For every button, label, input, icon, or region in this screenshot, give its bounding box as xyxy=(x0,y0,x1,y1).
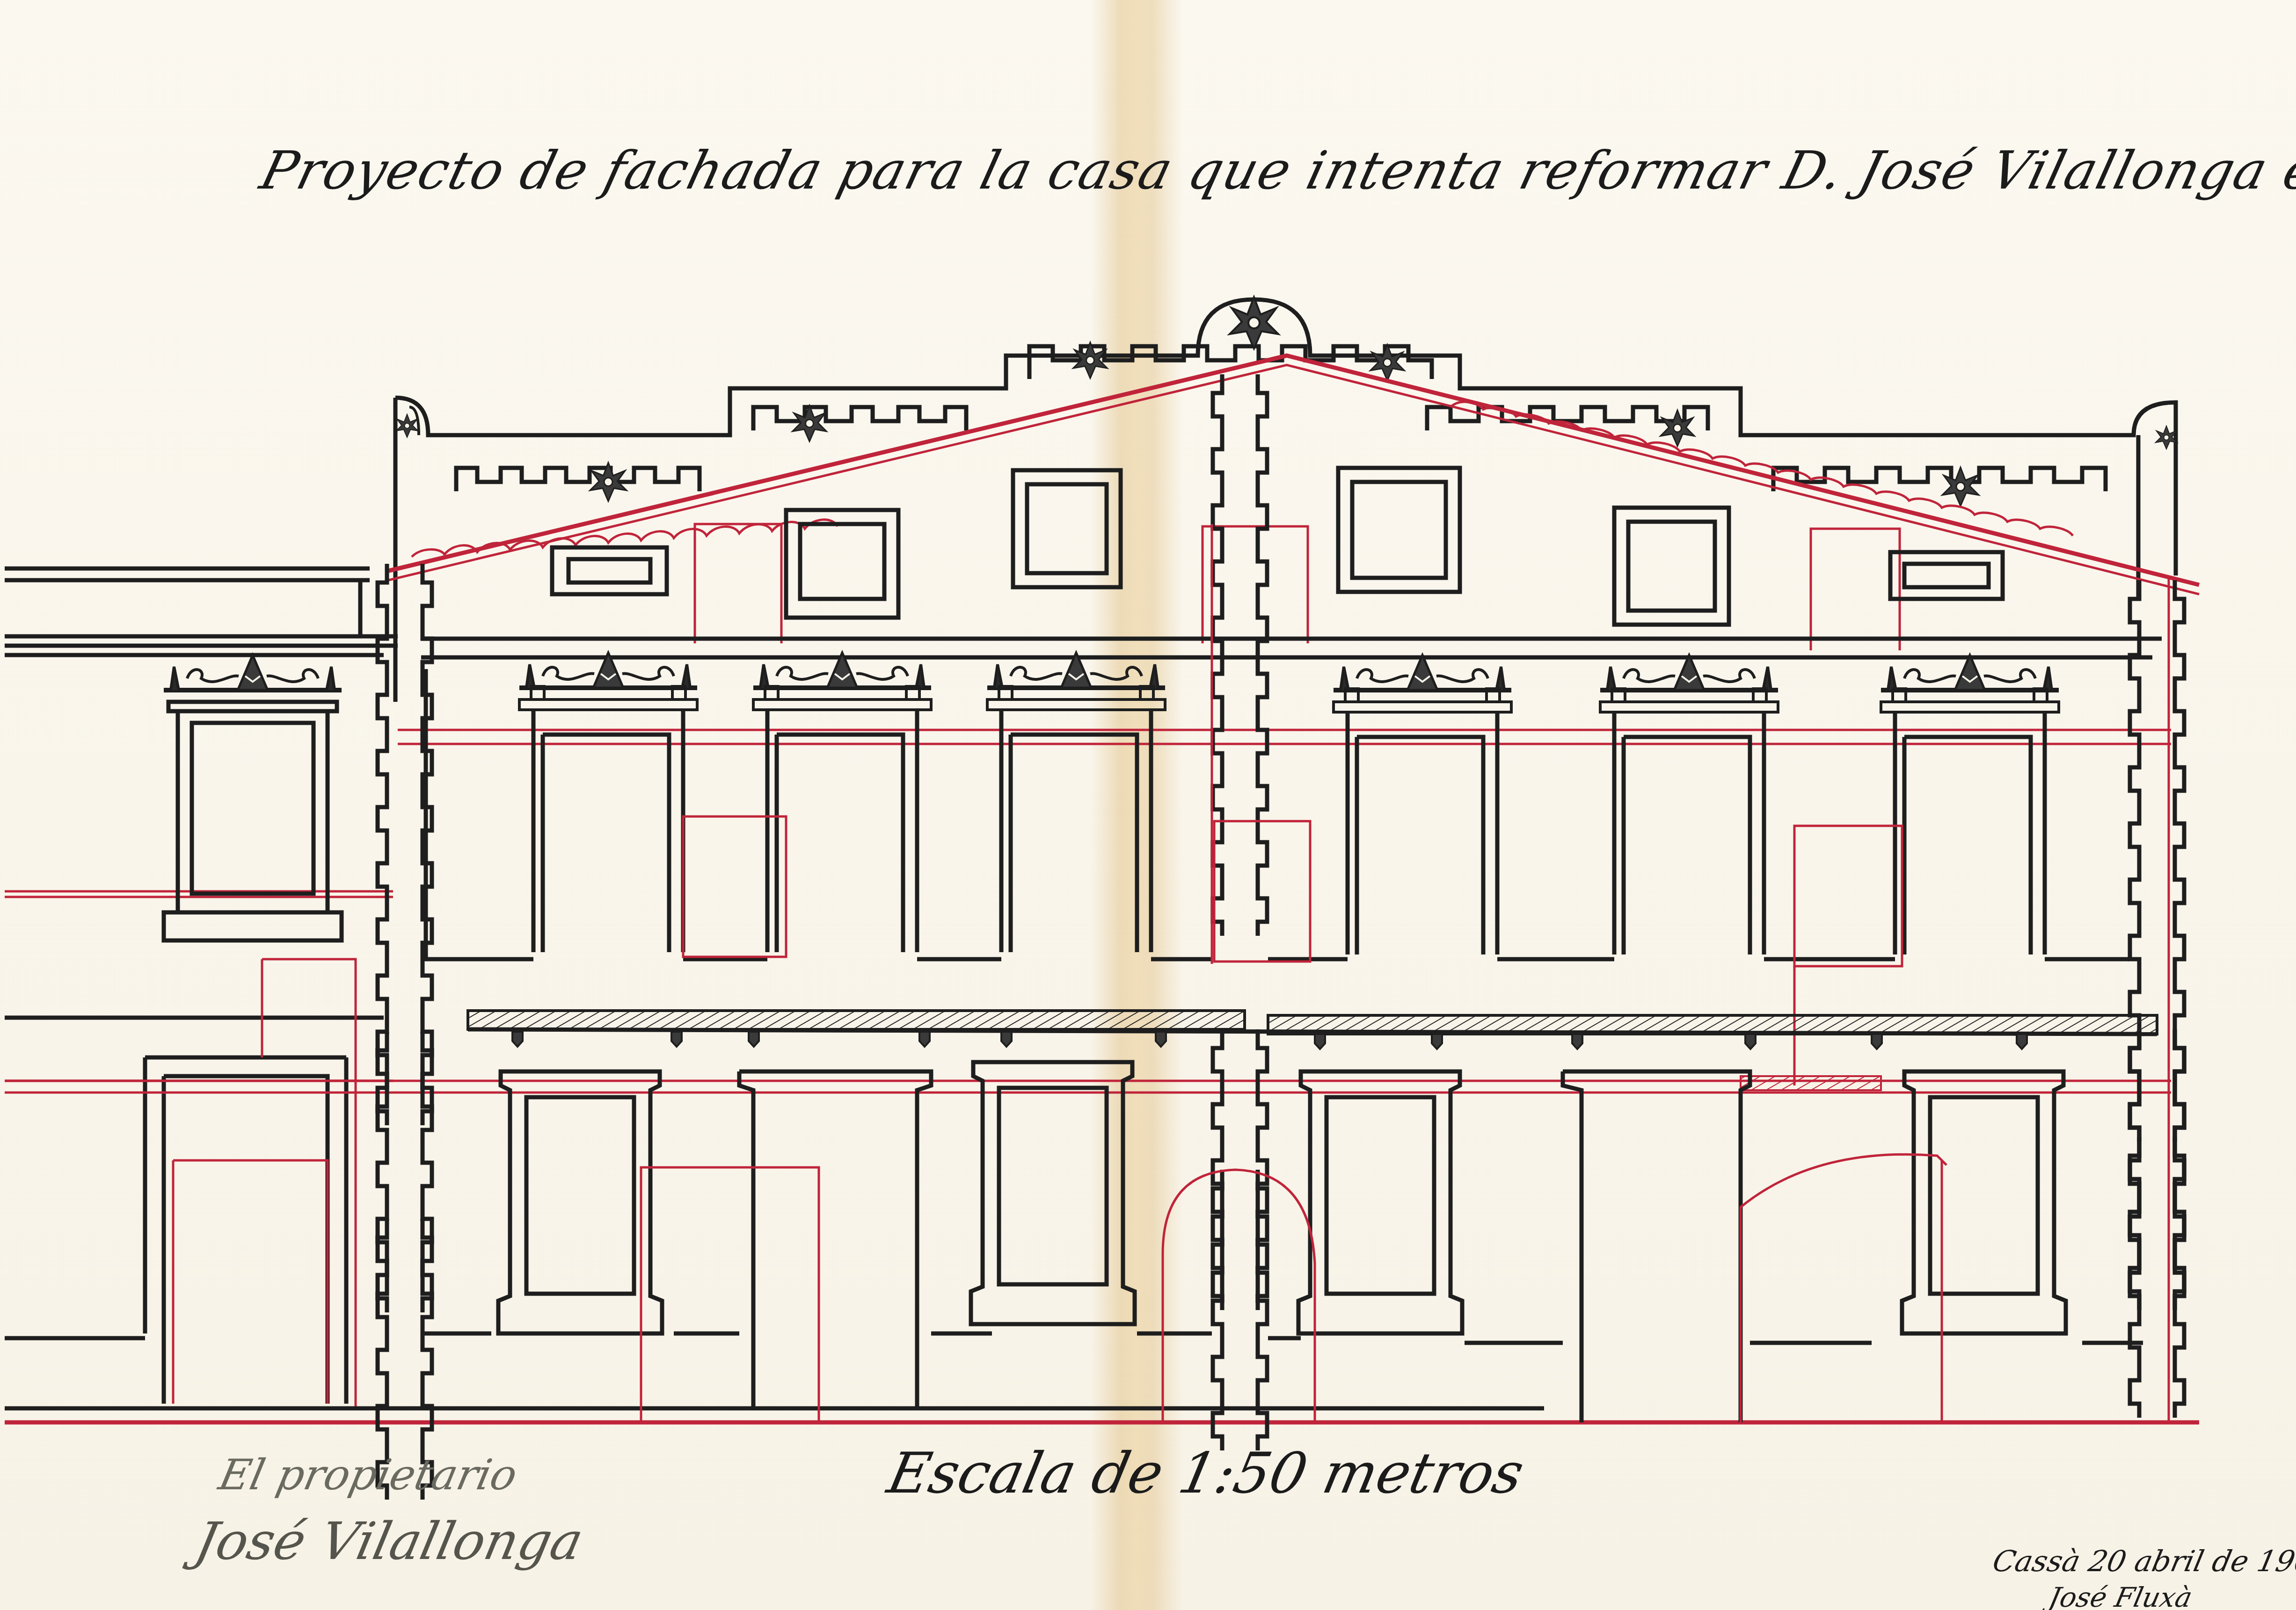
owner-label: El propietario xyxy=(215,1450,522,1500)
scale-note: Escala de 1:50 metros xyxy=(882,1441,1529,1506)
attic-panels xyxy=(552,468,2003,625)
drawing-title: Proyecto de fachada para la casa que int… xyxy=(255,140,2296,201)
rosette-ornaments xyxy=(396,297,2178,506)
place-date: Cassà 20 abril de 1905 xyxy=(1990,1544,2296,1578)
owner-signature: José Vilallonga xyxy=(190,1511,588,1571)
existing-roof-overlay xyxy=(388,356,2199,650)
architect-signature: José Fluxà xyxy=(2046,1581,2195,1610)
quoin-pilasters xyxy=(378,374,2184,1500)
neighbour-building-left xyxy=(5,568,398,1408)
facade-elevation-drawing xyxy=(0,0,2296,1610)
